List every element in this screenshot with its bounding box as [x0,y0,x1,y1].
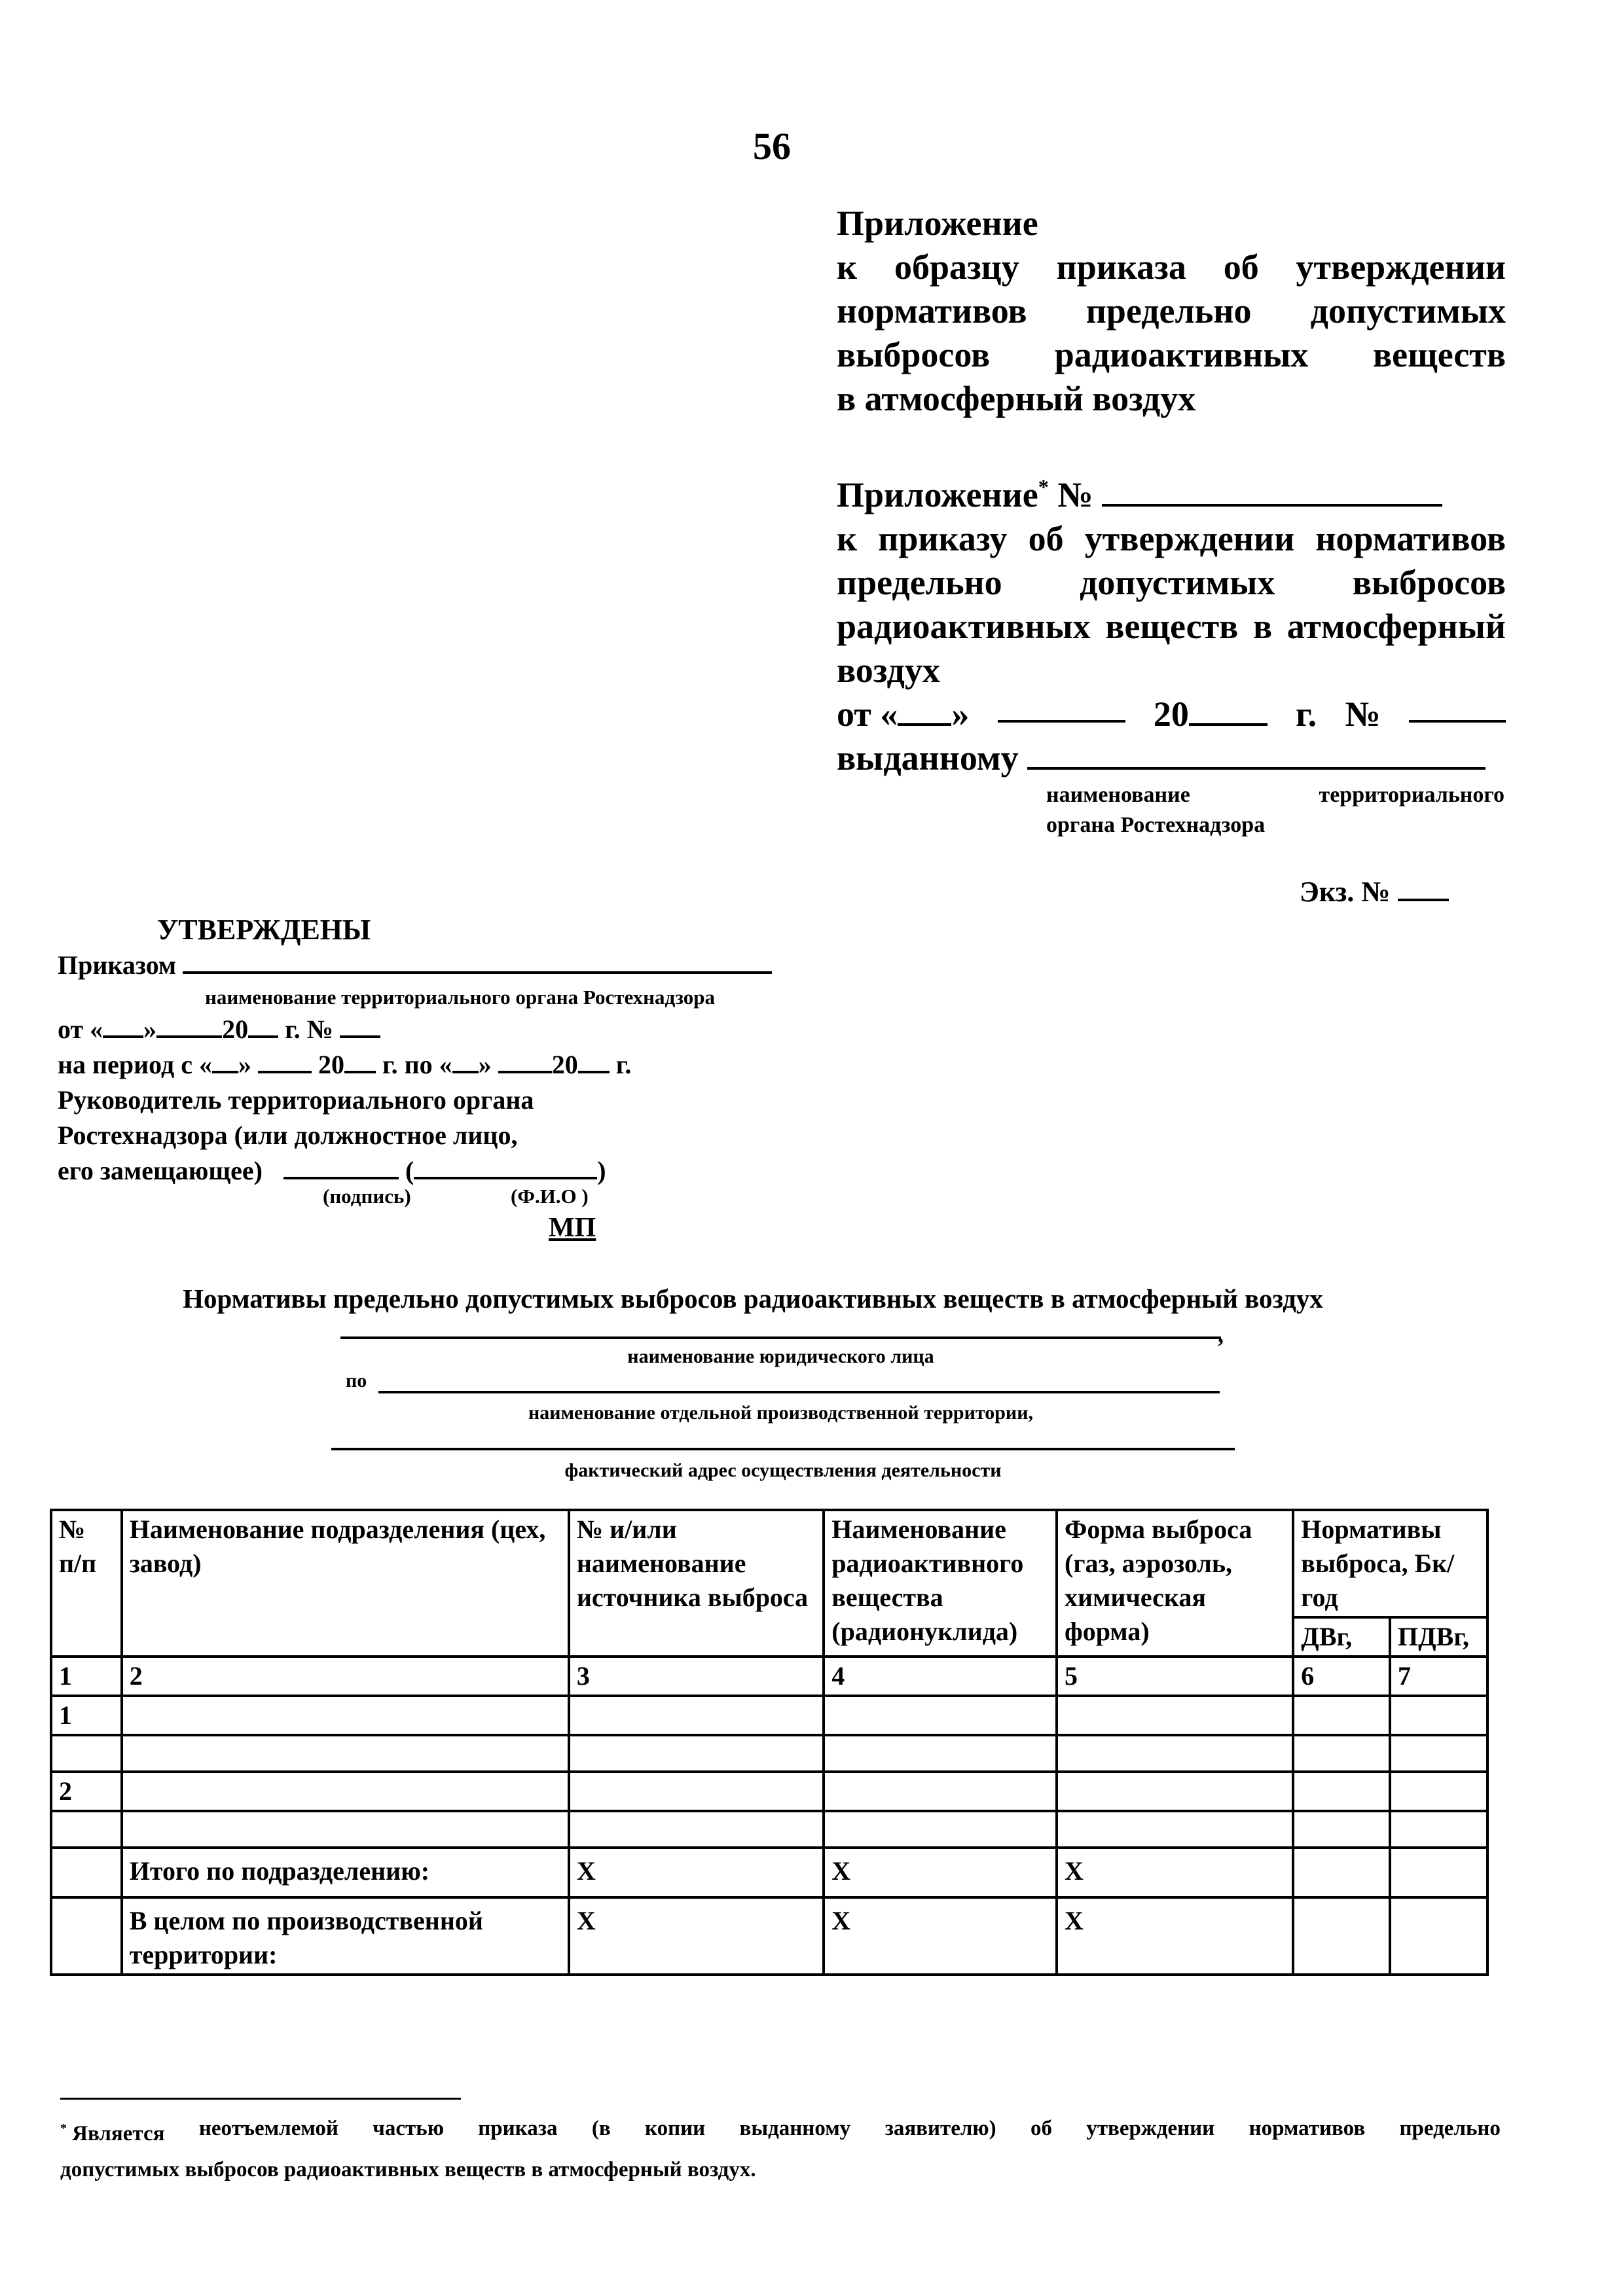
legal-entity-caption: наименование юридического лица [340,1346,1221,1368]
signature-field[interactable] [283,1153,399,1179]
column-number-cell: 1 [51,1657,122,1696]
appendix-order-block: Приложение* № кприказуобутверждениинорма… [837,466,1506,780]
table-cell: X [824,1897,1057,1975]
period-to-day-field[interactable] [452,1047,479,1073]
header-pdv: ПДВг, [1390,1617,1487,1657]
column-number-cell: 6 [1293,1657,1390,1696]
period-to-month-field[interactable] [498,1047,552,1073]
legal-entity-field[interactable] [340,1336,1221,1339]
table-cell[interactable] [51,1811,122,1848]
column-number-cell: 3 [569,1657,824,1696]
appendix-line-4: в атмосферный воздух [837,377,1506,421]
table-cell[interactable] [1293,1735,1390,1772]
page-number: 56 [753,124,791,168]
column-numbers-row: 1234567 [51,1657,1487,1696]
table-cell[interactable] [569,1735,824,1772]
table-cell[interactable] [1057,1772,1293,1811]
header-substance: Наименование радиоактивного вещества (ра… [824,1510,1057,1657]
table-cell[interactable] [1293,1811,1390,1848]
table-cell[interactable] [1390,1897,1487,1975]
table-cell: 1 [51,1696,122,1735]
footnote-line-1: * Является неотъемлемойчастьюприказа(вко… [60,2111,1501,2152]
period-to-year-field[interactable] [578,1047,610,1073]
copy-number-field[interactable] [1398,876,1449,901]
territory-prefix: по [346,1370,367,1392]
issued-to-line: выданному [837,736,1506,780]
table-cell[interactable] [1057,1735,1293,1772]
signature-caption: (подпись) [323,1185,411,1208]
table-cell[interactable] [569,1772,824,1811]
table-cell[interactable] [824,1811,1057,1848]
header-division: Наименование подразделения (цех, завод) [122,1510,569,1657]
stamp-label: МП [549,1212,596,1244]
order-date-line: от «» 20 г. № [837,692,1506,736]
table-cell[interactable] [569,1811,824,1848]
table-row [51,1811,1487,1848]
form-title: Нормативы предельно допустимых выбросов … [0,1283,1506,1314]
period-from-day-field[interactable] [212,1047,238,1073]
order-authority-caption: наименование территориального органа Рос… [58,983,772,1012]
table-cell[interactable] [1390,1848,1487,1897]
column-number-cell: 7 [1390,1657,1487,1696]
table-cell[interactable] [1390,1772,1487,1811]
order-number-field[interactable] [1409,692,1506,723]
name-caption: (Ф.И.О ) [511,1185,589,1208]
footnote-line-2: допустимых выбросов радиоактивных вещест… [60,2152,1501,2188]
table-cell[interactable] [122,1811,569,1848]
order-month-field[interactable] [998,692,1125,723]
table-cell: 2 [51,1772,122,1811]
table-cell[interactable] [122,1735,569,1772]
approved-month-field[interactable] [156,1012,222,1038]
head-line-3: его замещающее) () [58,1153,772,1189]
norms-table: №п/п Наименование подразделения (цех, за… [50,1509,1489,1976]
copy-number: Экз. № [1300,875,1449,908]
appendix-number-line: Приложение* № [837,466,1506,517]
issued-to-caption: наименованиетерриториального органа Рост… [1046,780,1504,840]
column-number-cell: 5 [1057,1657,1293,1696]
table-row: В целом по производственной территории:X… [51,1897,1487,1975]
full-name-field[interactable] [414,1153,597,1179]
appendix-number-field[interactable] [1102,476,1442,507]
table-cell[interactable] [1293,1848,1390,1897]
appendix-line-2: нормативовпредельнодопустимых [837,289,1506,333]
table-cell[interactable] [1293,1772,1390,1811]
appendix-title: Приложение [837,202,1506,245]
table-cell[interactable] [824,1772,1057,1811]
address-field[interactable] [331,1448,1235,1450]
approved-heading: УТВЕРЖДЕНЫ [157,913,371,946]
table-cell[interactable] [1057,1696,1293,1735]
order-day-field[interactable] [898,696,951,726]
order-by-line: Приказом [58,948,772,983]
table-row: 2 [51,1772,1487,1811]
order-year-field[interactable] [1189,696,1267,726]
header-source: № и/или наименование источника выброса [569,1510,824,1657]
column-number-cell: 4 [824,1657,1057,1696]
order-line-1: кприказуобутверждениинормативов [837,517,1506,561]
table-cell[interactable] [569,1696,824,1735]
order-authority-field[interactable] [183,948,772,974]
table-row: 1 [51,1696,1487,1735]
approved-number-field[interactable] [340,1012,380,1038]
order-line-4: воздух [837,649,1506,692]
table-cell[interactable] [1057,1811,1293,1848]
approved-date-line: от «»20 г. № [58,1012,772,1047]
table-cell: X [569,1848,824,1897]
table-cell[interactable] [824,1735,1057,1772]
territory-caption: наименование отдельной производственной … [340,1402,1221,1424]
table-cell[interactable] [1293,1696,1390,1735]
table-cell: X [824,1848,1057,1897]
table-cell[interactable] [1390,1735,1487,1772]
order-line-2: предельнодопустимыхвыбросов [837,561,1506,605]
table-cell: X [569,1897,824,1975]
table-cell[interactable] [51,1897,122,1975]
table-cell[interactable] [1390,1696,1487,1735]
table-cell: X [1057,1897,1293,1975]
address-caption: фактический адрес осуществления деятельн… [331,1460,1235,1482]
approved-day-field[interactable] [103,1012,143,1038]
period-from-year-field[interactable] [344,1047,376,1073]
table-row: Итого по подразделению:XXX [51,1848,1487,1897]
footnote-separator [60,2098,461,2100]
table-cell: В целом по производственной территории: [122,1897,569,1975]
period-line: на период с «» 20 г. по «» 20 г. [58,1047,772,1083]
table-cell[interactable] [51,1848,122,1897]
table-cell[interactable] [51,1735,122,1772]
period-from-month-field[interactable] [258,1047,312,1073]
head-line-1: Руководитель территориального органа [58,1083,772,1118]
territory-field[interactable] [378,1391,1220,1393]
table-cell[interactable] [122,1772,569,1811]
table-cell: X [1057,1848,1293,1897]
comma: , [1218,1321,1224,1348]
appendix-line-1: кобразцуприказаобутверждении [837,245,1506,289]
order-line-3: радиоактивныхвеществватмосферный [837,605,1506,649]
header-form: Форма выброса (газ, аэрозоль, химическая… [1057,1510,1293,1657]
table-cell[interactable] [122,1696,569,1735]
appendix-line-3: выбросоврадиоактивныхвеществ [837,333,1506,377]
appendix-header: Приложение кобразцуприказаобутверждении … [837,202,1506,421]
footnote-mark: * [1038,476,1049,499]
header-num: №п/п [51,1510,122,1657]
table-cell: Итого по подразделению: [122,1848,569,1897]
header-dv: ДВг, [1293,1617,1390,1657]
header-norms: Нормативы выброса, Бк/год [1293,1510,1487,1617]
footnote: * Является неотъемлемойчастьюприказа(вко… [60,2111,1501,2188]
approved-year-field[interactable] [248,1012,278,1038]
table-cell[interactable] [824,1696,1057,1735]
table-cell[interactable] [1293,1897,1390,1975]
table-row [51,1735,1487,1772]
approved-block: Приказом наименование территориального о… [58,948,772,1189]
issued-to-field[interactable] [1027,740,1486,770]
table-cell[interactable] [1390,1811,1487,1848]
column-number-cell: 2 [122,1657,569,1696]
head-line-2: Ростехнадзора (или должностное лицо, [58,1118,772,1153]
table-header-row: №п/п Наименование подразделения (цех, за… [51,1510,1487,1617]
